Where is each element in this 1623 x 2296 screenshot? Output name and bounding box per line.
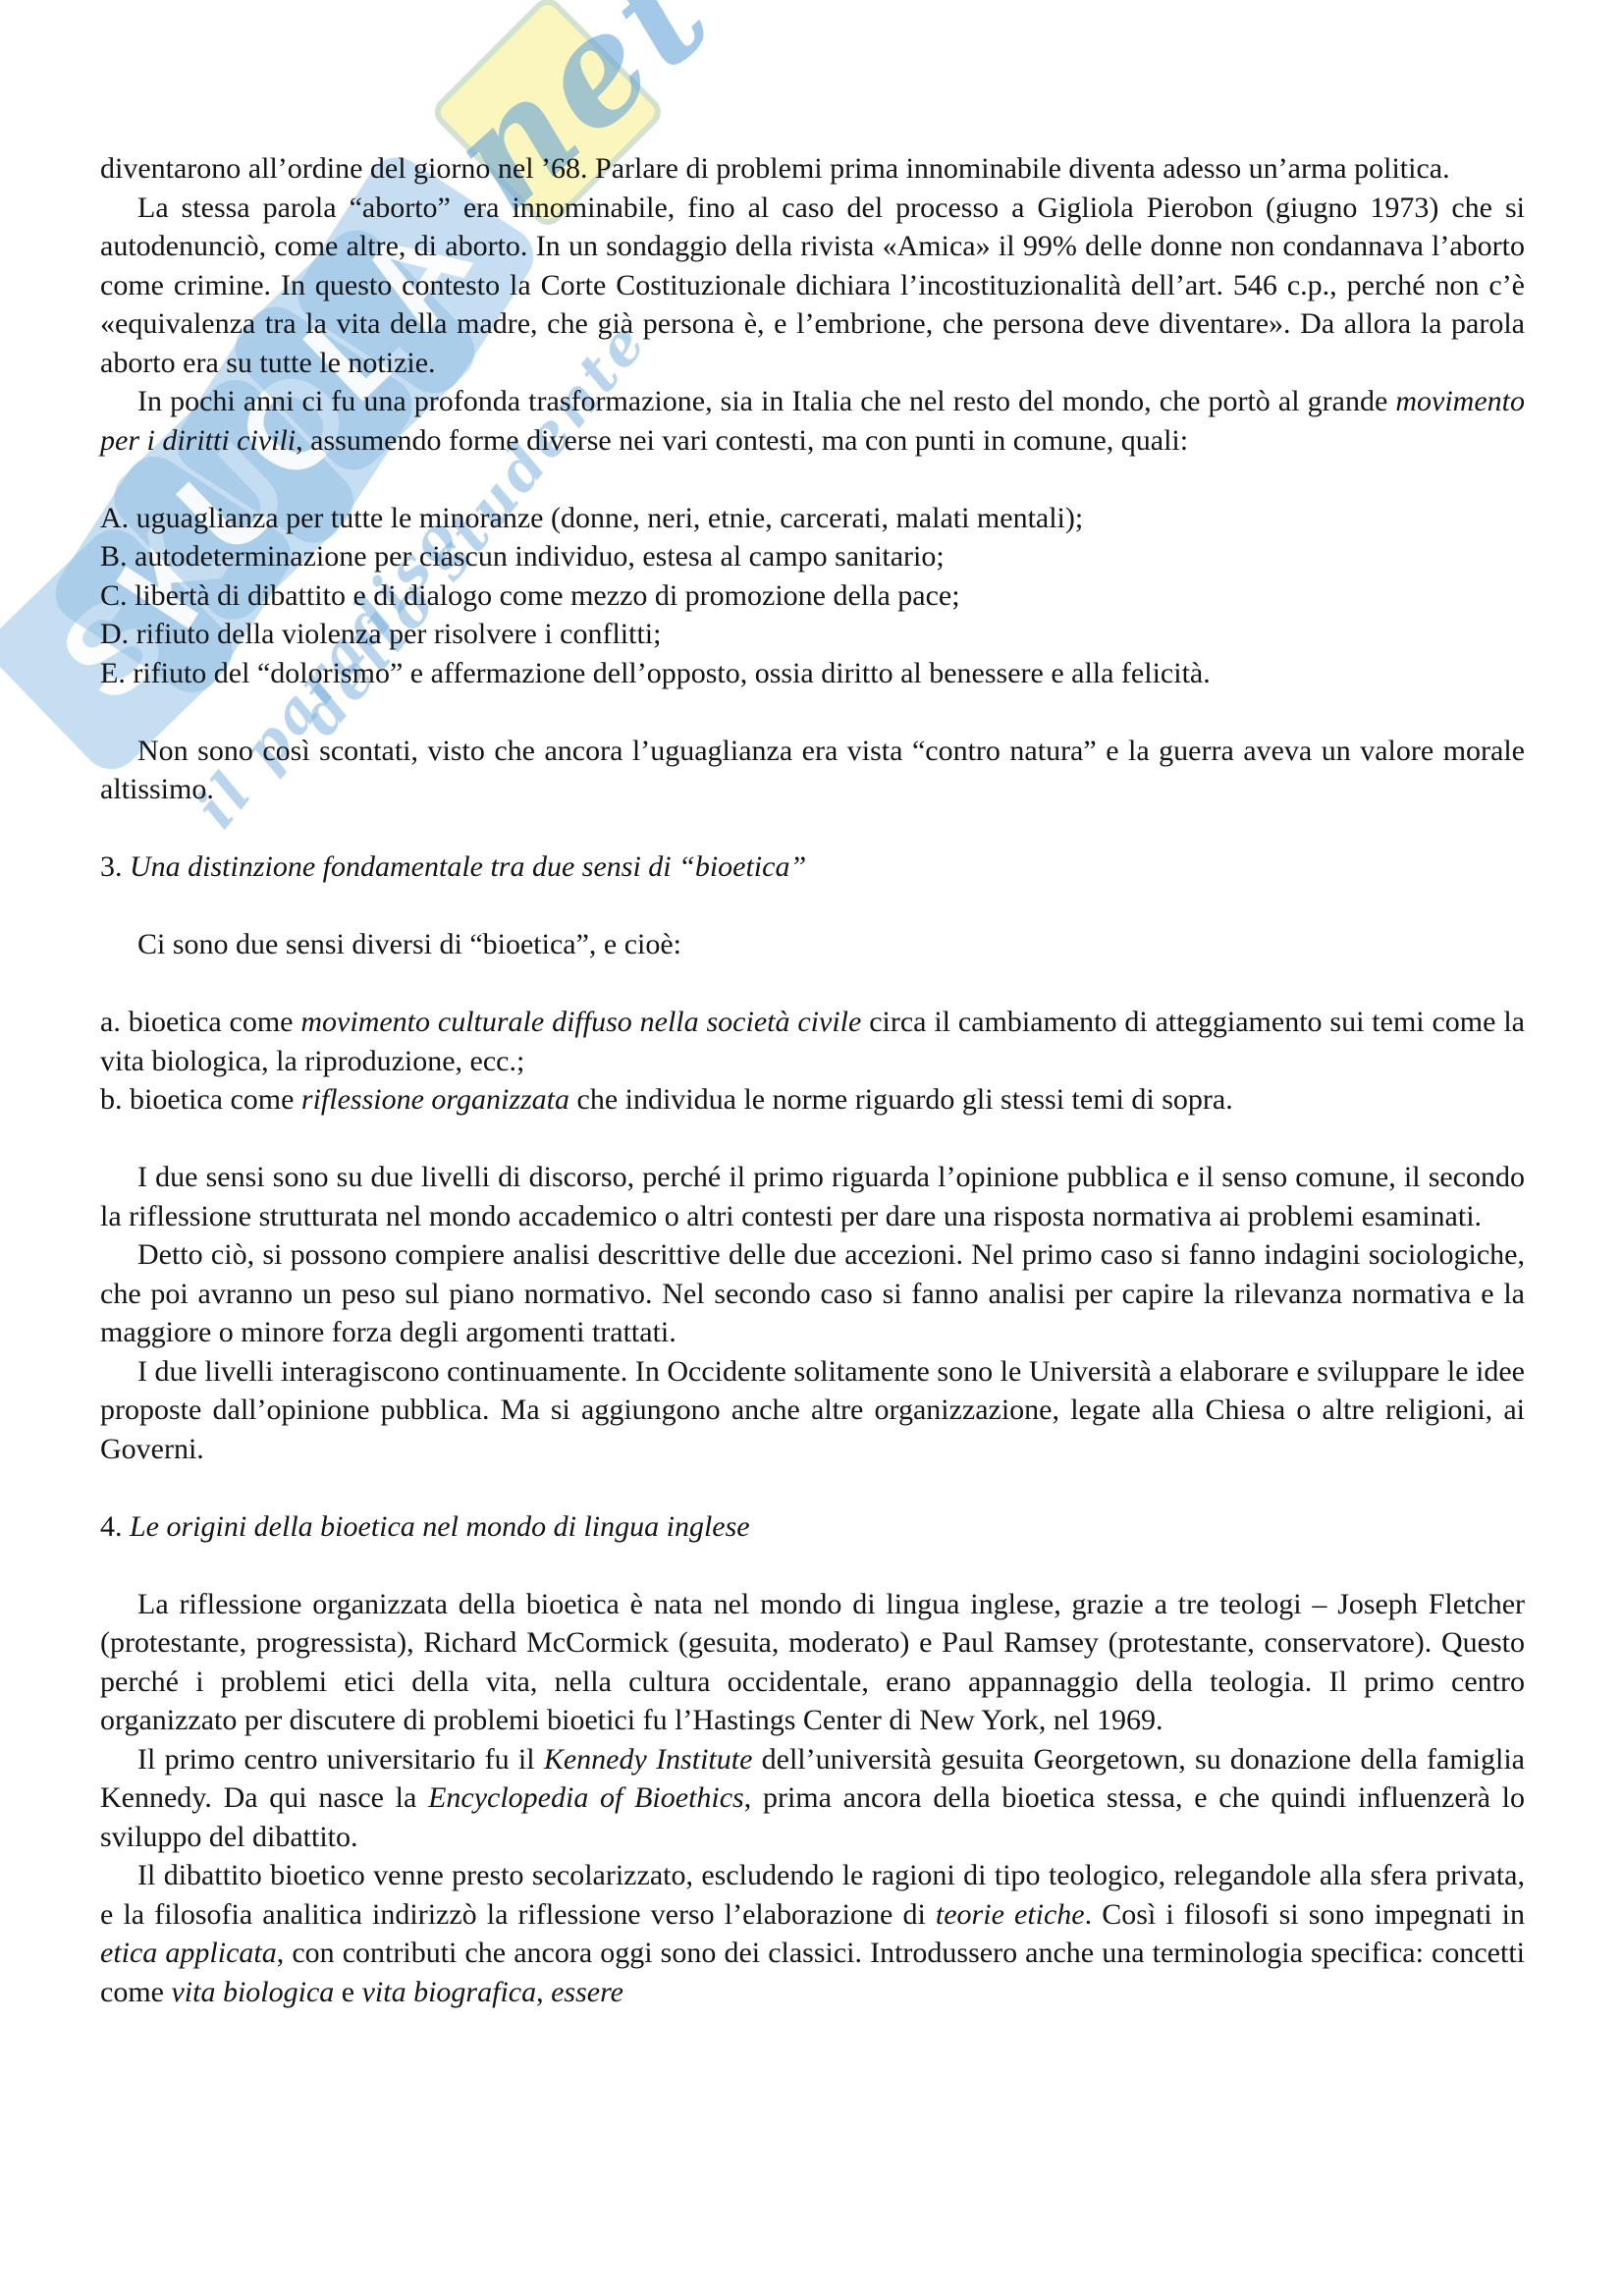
list-item: D. rifiuto della violenza per risolvere …	[100, 615, 1525, 654]
text-run: A. uguaglianza per tutte le minoranze (d…	[100, 502, 1083, 534]
text-run: . Così i filosofi si sono impegnati in	[1085, 1898, 1525, 1931]
text-run: In pochi anni ci fu una profonda trasfor…	[137, 385, 1395, 417]
paragraph: Il dibattito bioetico venne presto secol…	[100, 1856, 1525, 2011]
list-item: A. uguaglianza per tutte le minoranze (d…	[100, 499, 1525, 538]
list-item: C. libertà di dibattito e di dialogo com…	[100, 576, 1525, 616]
list-item: B. autodeterminazione per ciascun indivi…	[100, 537, 1525, 576]
text-run: 4.	[100, 1510, 130, 1543]
text-run: D. rifiuto della violenza per risolvere …	[100, 618, 661, 650]
paragraph: I due sensi sono su due livelli di disco…	[100, 1158, 1525, 1235]
italic-text-run: teorie etiche	[936, 1898, 1085, 1931]
paragraph: In pochi anni ci fu una profonda trasfor…	[100, 382, 1525, 460]
text-run: E. rifiuto del “dolorismo” e affermazion…	[100, 657, 1211, 689]
italic-text-run: riflessione organizzata	[301, 1083, 569, 1116]
list-item: E. rifiuto del “dolorismo” e affermazion…	[100, 654, 1525, 693]
text-run: Detto ciò, si possono compiere analisi d…	[100, 1238, 1525, 1348]
text-run: I due sensi sono su due livelli di disco…	[100, 1161, 1525, 1232]
text-run: 3.	[100, 850, 130, 883]
text-run: ,	[536, 1976, 551, 2008]
italic-text-run: vita biologica	[171, 1976, 334, 2008]
paragraph: La riflessione organizzata della bioetic…	[100, 1585, 1525, 1740]
italic-text-run: Encyclopedia of Bioethics	[428, 1781, 744, 1814]
paragraph: b. bioetica come riflessione organizzata…	[100, 1080, 1525, 1120]
document-page: SKUOLA net il paradiso dello studente di…	[0, 0, 1623, 2296]
section-heading: 4. Le origini della bioetica nel mondo d…	[100, 1507, 1525, 1547]
italic-text-run: movimento culturale diffuso nella societ…	[300, 1006, 861, 1038]
text-run: Il primo centro universitario fu il	[137, 1743, 544, 1776]
italic-text-run: Le origini della bioetica nel mondo di l…	[130, 1510, 750, 1543]
section-heading: 3. Una distinzione fondamentale tra due …	[100, 847, 1525, 887]
italic-text-run: essere	[551, 1976, 623, 2008]
text-run: I due livelli interagiscono continuament…	[100, 1355, 1525, 1465]
paragraph: Il primo centro universitario fu il Kenn…	[100, 1740, 1525, 1857]
italic-text-run: Una distinzione fondamentale tra due sen…	[130, 850, 806, 883]
paragraph: Detto ciò, si possono compiere analisi d…	[100, 1235, 1525, 1352]
paragraph: a. bioetica come movimento culturale dif…	[100, 1003, 1525, 1080]
document-body: diventarono all’ordine del giorno nel ’6…	[0, 0, 1623, 2011]
text-run: C. libertà di dibattito e di dialogo com…	[100, 579, 960, 612]
text-run: che individua le norme riguardo gli stes…	[569, 1083, 1233, 1116]
text-run: diventarono all’ordine del giorno nel ’6…	[100, 152, 1450, 185]
paragraph: I due livelli interagiscono continuament…	[100, 1352, 1525, 1469]
paragraph: Ci sono due sensi diversi di “bioetica”,…	[100, 925, 1525, 964]
text-run: La stessa parola “aborto” era innominabi…	[100, 191, 1525, 379]
italic-text-run: Kennedy Institute	[544, 1743, 753, 1776]
text-run: Non sono così scontati, visto che ancora…	[100, 735, 1525, 806]
italic-text-run: etica applicata	[100, 1937, 277, 1969]
paragraph: diventarono all’ordine del giorno nel ’6…	[100, 149, 1525, 189]
text-run: La riflessione organizzata della bioetic…	[100, 1588, 1525, 1737]
text-run: B. autodeterminazione per ciascun indivi…	[100, 540, 945, 573]
paragraph: Non sono così scontati, visto che ancora…	[100, 732, 1525, 809]
text-run: , assumendo forme diverse nei vari conte…	[296, 424, 1188, 457]
text-run: e	[334, 1976, 361, 2008]
text-run: a. bioetica come	[100, 1006, 300, 1038]
text-run: b. bioetica come	[100, 1083, 301, 1116]
paragraph: La stessa parola “aborto” era innominabi…	[100, 189, 1525, 383]
italic-text-run: vita biografica	[362, 1976, 536, 2008]
text-run: Ci sono due sensi diversi di “bioetica”,…	[137, 928, 681, 960]
